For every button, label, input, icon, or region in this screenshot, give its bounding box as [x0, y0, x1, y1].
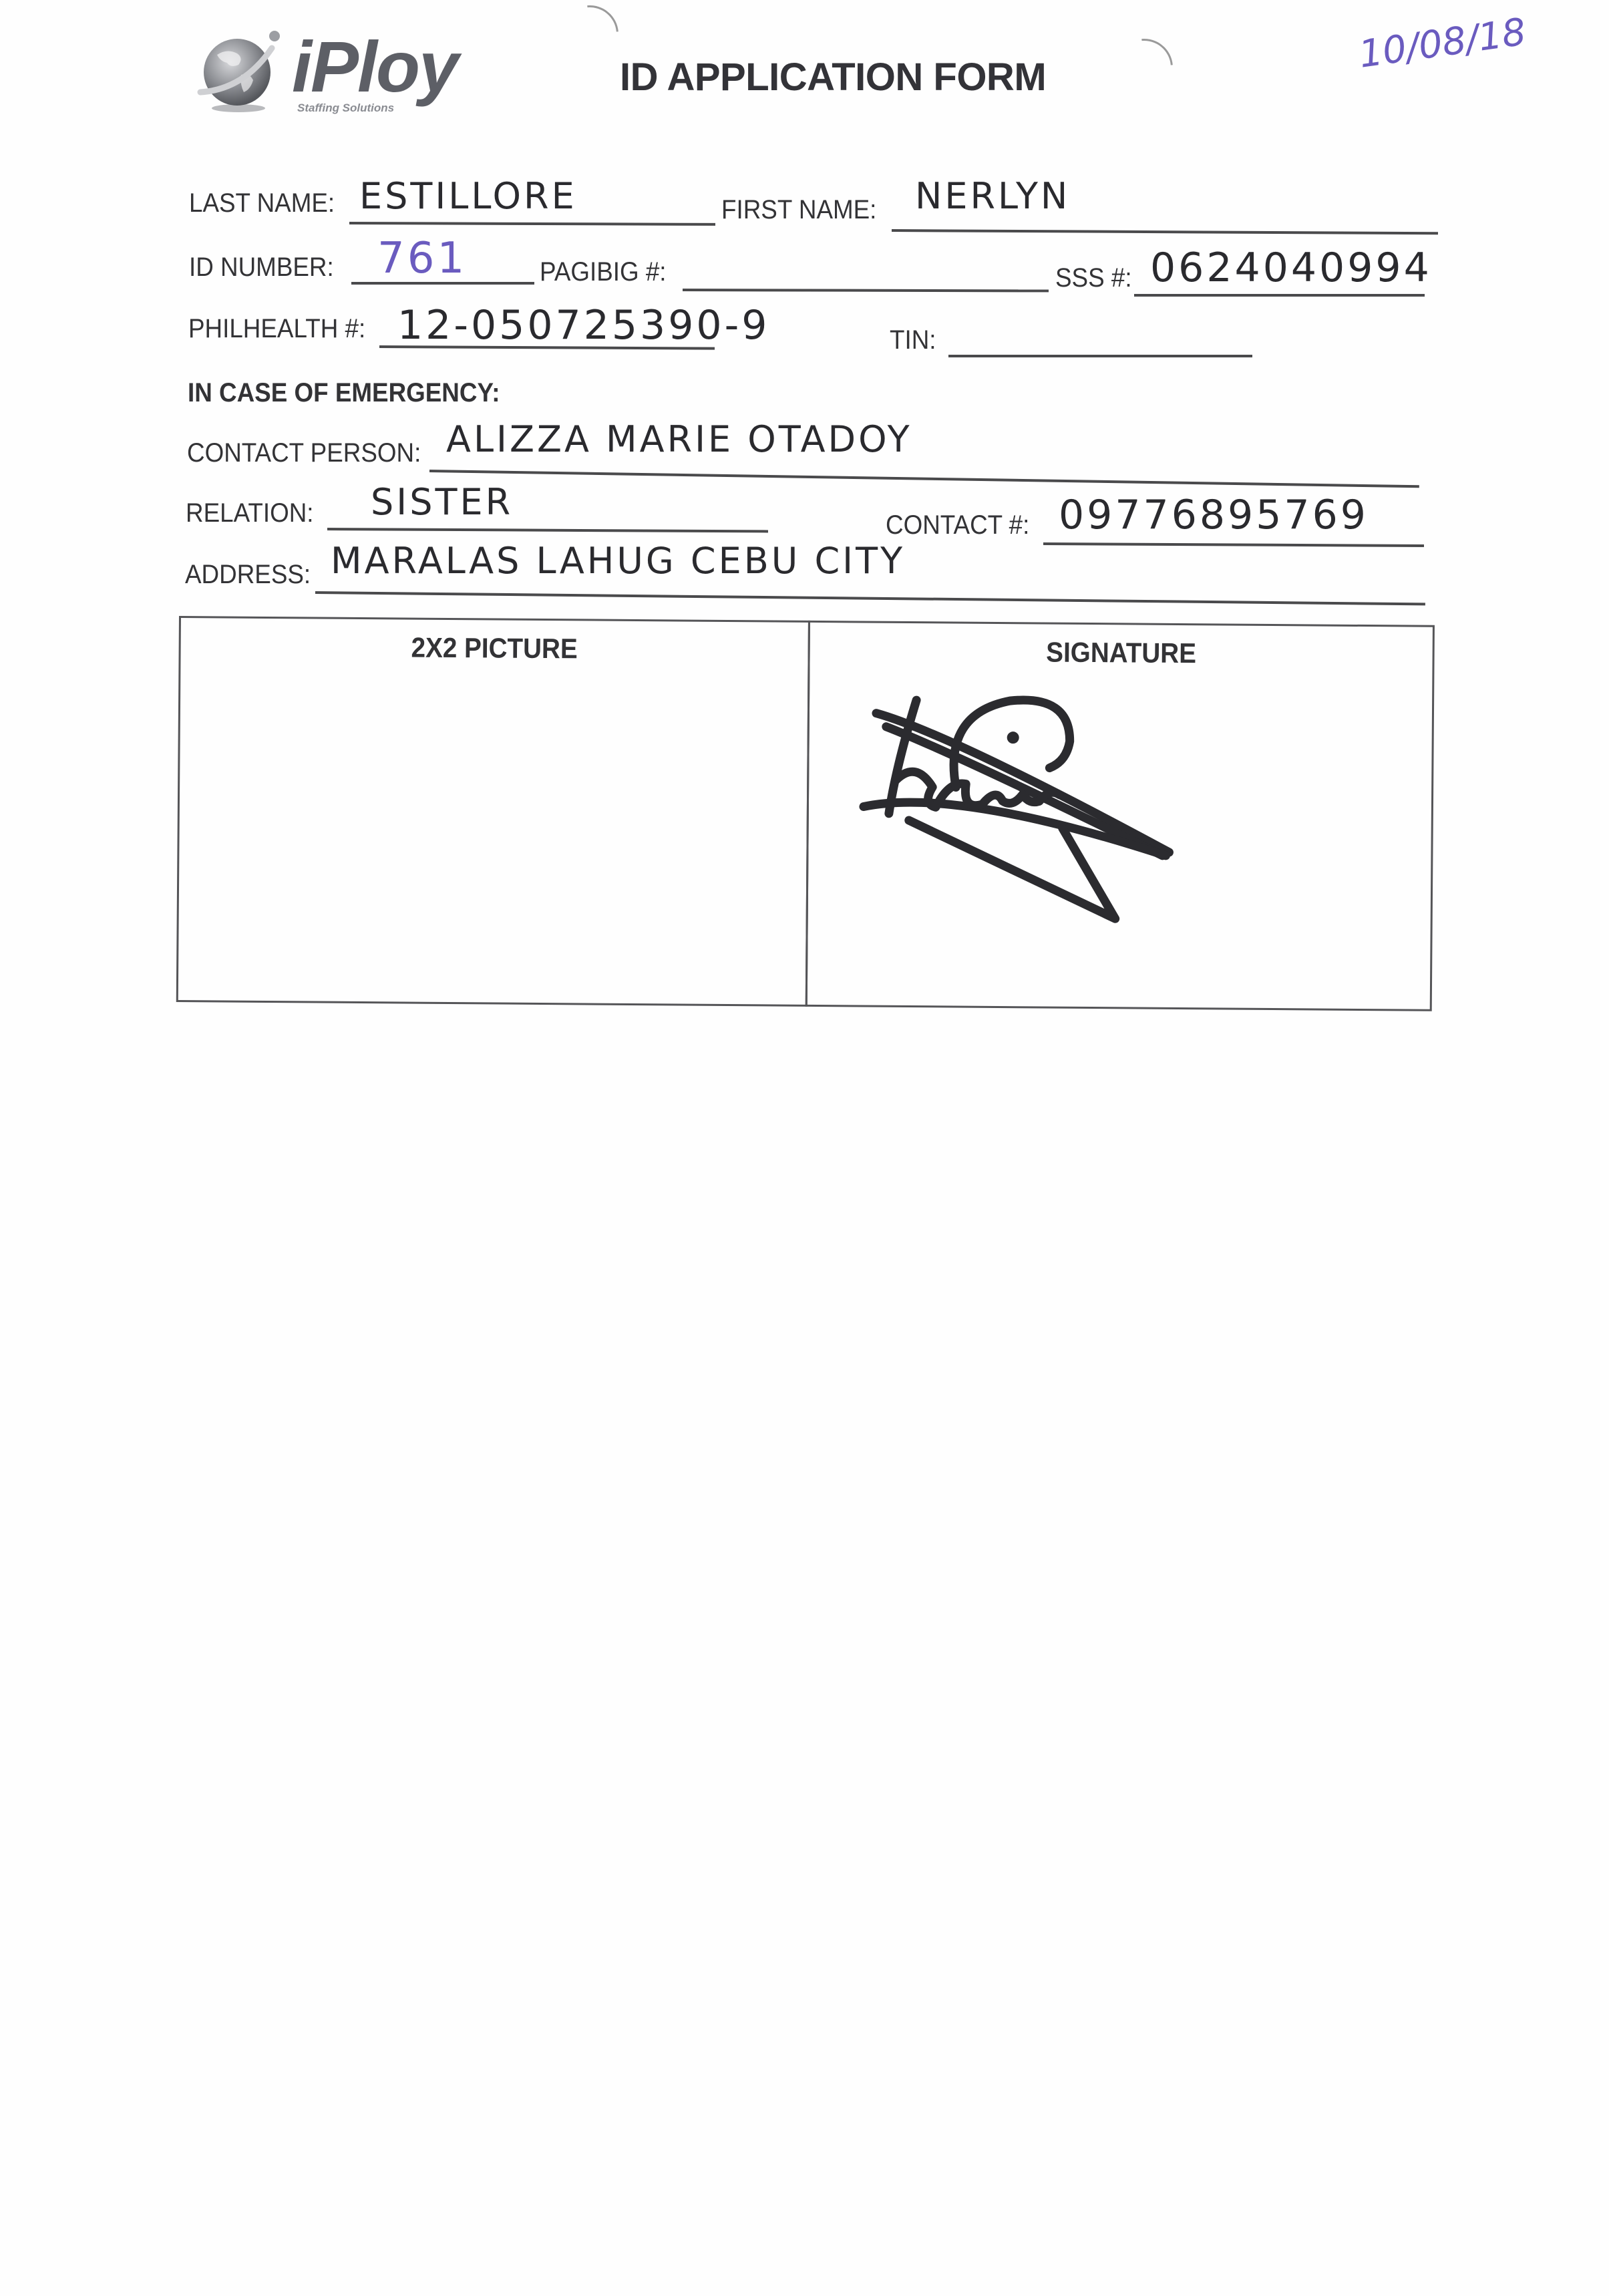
contact-number-label: CONTACT #:	[886, 510, 1029, 540]
picture-box[interactable]: 2X2 PICTURE	[176, 616, 810, 1007]
first-name-line	[892, 229, 1438, 234]
last-name-label: LAST NAME:	[189, 188, 335, 218]
philhealth-field[interactable]: 12-050725390-9	[397, 302, 769, 349]
signature-box[interactable]: SIGNATURE	[806, 621, 1435, 1011]
photo-signature-table: 2X2 PICTURE SIGNATURE	[176, 616, 1435, 1013]
signature-heading: SIGNATURE	[835, 635, 1408, 671]
relation-line	[327, 528, 768, 532]
first-name-field[interactable]: NERLYN	[915, 175, 1070, 217]
handwritten-date: 10/08/18	[1356, 10, 1528, 76]
sss-label: SSS #:	[1055, 263, 1132, 293]
contact-person-field[interactable]: ALIZZA MARIE OTADOY	[446, 418, 912, 460]
contact-number-field[interactable]: 09776895769	[1059, 492, 1369, 538]
id-number-label: ID NUMBER:	[189, 253, 334, 283]
tin-line	[948, 355, 1252, 357]
picture-heading: 2X2 PICTURE	[206, 630, 783, 666]
relation-field[interactable]: SISTER	[371, 481, 513, 523]
address-label: ADDRESS:	[185, 560, 311, 590]
brand-tagline: Staffing Solutions	[297, 102, 394, 115]
tin-label: TIN:	[890, 325, 936, 355]
last-name-field[interactable]: ESTILLORE	[359, 175, 577, 217]
globe-swoosh-icon	[197, 28, 284, 115]
pagibig-line	[683, 289, 1049, 292]
brand-name: iPloy	[292, 31, 458, 103]
contact-number-line	[1043, 542, 1424, 547]
handwritten-signature-icon	[855, 686, 1204, 929]
contact-person-label: CONTACT PERSON:	[187, 438, 421, 468]
id-number-field[interactable]: 761	[377, 234, 467, 283]
scan-artifact-arc	[1103, 27, 1184, 108]
last-name-line	[349, 222, 715, 226]
relation-label: RELATION:	[186, 498, 314, 528]
id-application-form-page: iPloy Staffing Solutions ID APPLICATION …	[0, 0, 1609, 2296]
address-line	[315, 591, 1425, 605]
sss-field[interactable]: 0624040994	[1150, 244, 1432, 291]
iploy-logo: iPloy Staffing Solutions	[197, 15, 464, 108]
form-title: ID APPLICATION FORM	[620, 55, 1046, 100]
philhealth-label: PHILHEALTH #:	[188, 314, 365, 344]
contact-person-line	[429, 470, 1419, 488]
sss-line	[1134, 294, 1425, 297]
pagibig-label: PAGIBIG #:	[540, 257, 667, 287]
emergency-heading: IN CASE OF EMERGENCY:	[188, 378, 500, 408]
scan-artifact-arc	[549, 0, 630, 75]
first-name-label: FIRST NAME:	[721, 195, 876, 225]
address-field[interactable]: MARALAS LAHUG CEBU CITY	[331, 540, 905, 582]
